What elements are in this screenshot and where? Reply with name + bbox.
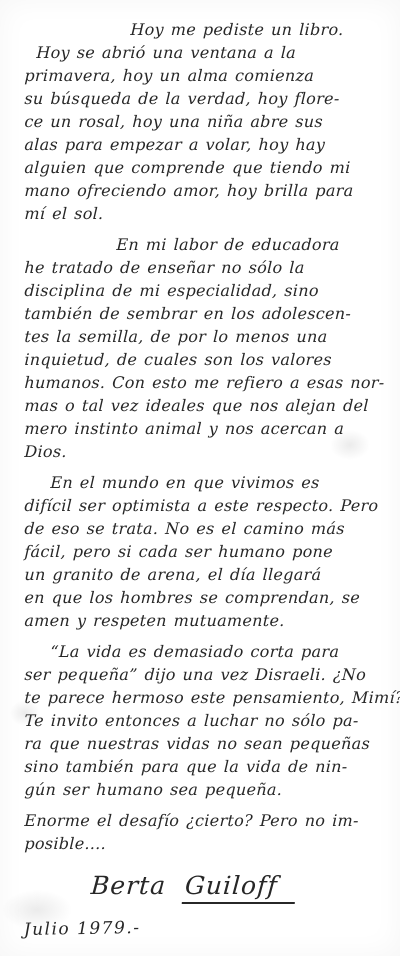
letter-line: En el mundo en que vivimos es: [50, 471, 395, 494]
letter-line: alguien que comprende que tiendo mi: [24, 156, 395, 179]
letter-line: también de sembrar en los adolescen-: [24, 302, 395, 325]
letter-line: mas o tal vez ideales que nos alejan del: [24, 394, 395, 417]
letter-line: un granito de arena, el día llegará: [24, 563, 395, 586]
letter-line: ser pequeña” dijo una vez Disraeli. ¿No: [24, 663, 395, 686]
letter-line: fácil, pero si cada ser humano pone: [24, 540, 395, 563]
letter-line: difícil ser optimista a este respecto. P…: [24, 494, 395, 517]
letter-line: mero instinto animal y nos acercan a: [24, 417, 395, 440]
letter-line: ra que nuestras vidas no sean pequeñas: [24, 732, 395, 755]
letter-line: inquietud, de cuales son los valores: [24, 348, 395, 371]
letter-line: mano ofreciendo amor, hoy brilla para: [24, 179, 395, 202]
signature: Berta Guiloff: [90, 871, 400, 900]
letter-line: sino también para que la vida de nin-: [24, 755, 395, 778]
letter-line: alas para empezar a volar, hoy hay: [24, 133, 395, 156]
letter-line: amen y respeten mutuamente.: [24, 609, 395, 632]
letter-line: ce un rosal, hoy una niña abre sus: [24, 110, 395, 133]
letter-page: Hoy me pediste un libro.Hoy se abrió una…: [0, 0, 400, 956]
letter-line: Enorme el desafío ¿cierto? Pero no im-: [24, 809, 395, 832]
letter-line: Te invito entonces a luchar no sólo pa-: [24, 709, 395, 732]
letter-line: Dios.: [24, 440, 395, 463]
letter-line: Hoy me pediste un libro.: [130, 18, 395, 41]
letter-body: Hoy me pediste un libro.Hoy se abrió una…: [0, 0, 400, 855]
letter-line: te parece hermoso este pensamiento, Mimí…: [24, 686, 395, 709]
letter-line: Hoy se abrió una ventana a la: [36, 41, 395, 64]
letter-line: humanos. Con esto me refiero a esas nor-: [24, 371, 395, 394]
letter-date: Julio 1979.-: [24, 913, 400, 940]
letter-line: primavera, hoy un alma comienza: [24, 64, 395, 87]
letter-line: mí el sol.: [24, 202, 395, 225]
signature-first-name: Berta: [90, 871, 175, 900]
letter-line: de eso se trata. No es el camino más: [24, 517, 395, 540]
letter-line: tes la semilla, de por lo menos una: [24, 325, 395, 348]
letter-line: En mi labor de educadora: [116, 233, 395, 256]
letter-line: posible....: [24, 832, 395, 855]
signature-last-name: Guiloff: [182, 871, 297, 904]
letter-line: “La vida es demasiado corta para: [50, 640, 395, 663]
letter-line: en que los hombres se comprendan, se: [24, 586, 395, 609]
letter-line: su búsqueda de la verdad, hoy flore-: [24, 87, 395, 110]
letter-line: gún ser humano sea pequeña.: [24, 778, 395, 801]
letter-line: disciplina de mi especialidad, sino: [24, 279, 395, 302]
letter-line: he tratado de enseñar no sólo la: [24, 256, 395, 279]
